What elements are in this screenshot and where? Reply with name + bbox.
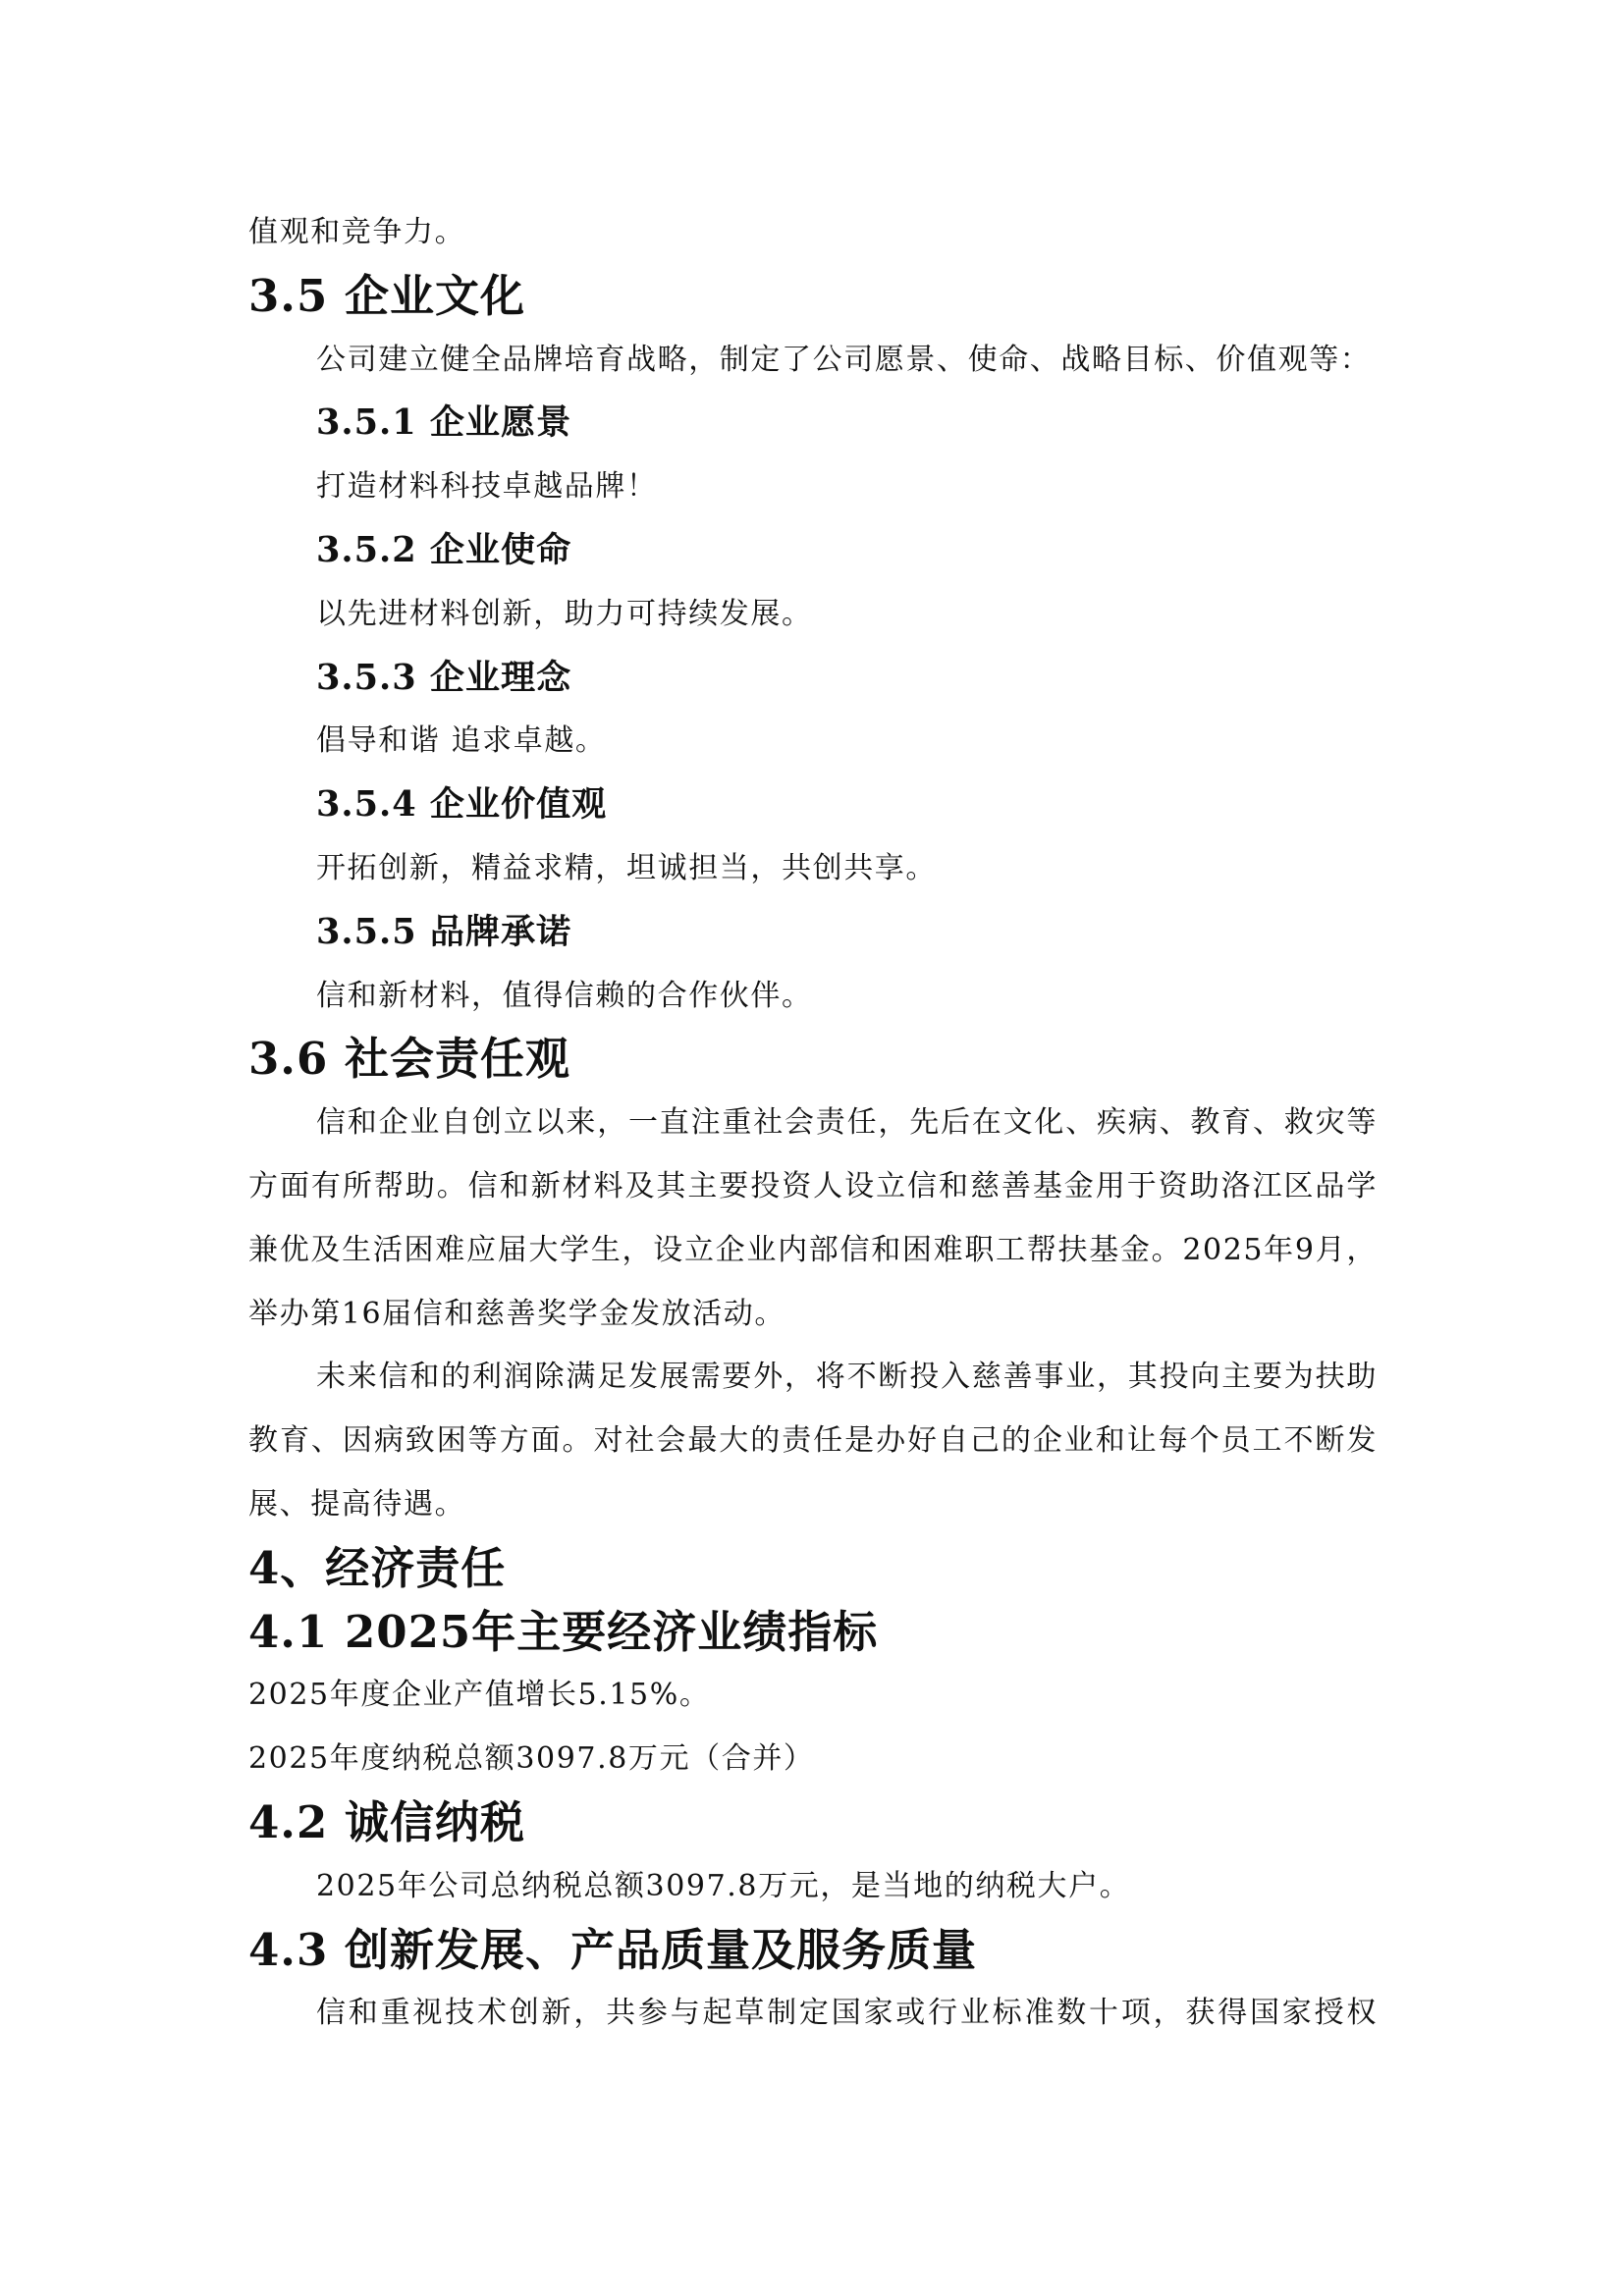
subsection-text-mission: 以先进材料创新，助力可持续发展。 <box>248 583 1378 647</box>
subsection-heading-3-5-1: 3.5.1 企业愿景 <box>248 392 1378 455</box>
paragraph-tax-honesty: 2025年公司总纳税总额3097.8万元，是当地的纳税大户。 <box>248 1855 1378 1919</box>
subsection-text-vision: 打造材料科技卓越品牌！ <box>248 455 1378 519</box>
subsection-text-philosophy: 倡导和谐 追求卓越。 <box>248 710 1378 774</box>
paragraph-social-responsibility-2: 未来信和的利润除满足发展需要外，将不断投入慈善事业，其投向主要为扶助教育、因病致… <box>248 1346 1378 1536</box>
subsection-text-values: 开拓创新，精益求精，坦诚担当，共创共享。 <box>248 837 1378 901</box>
document-page: 值观和竞争力。 3.5 企业文化 公司建立健全品牌培育战略，制定了公司愿景、使命… <box>248 201 1378 2046</box>
metric-tax-total: 2025年度纳税总额3097.8万元（合并） <box>248 1728 1378 1791</box>
paragraph-social-responsibility-1: 信和企业自创立以来，一直注重社会责任，先后在文化、疾病、教育、救灾等方面有所帮助… <box>248 1092 1378 1346</box>
paragraph-innovation: 信和重视技术创新，共参与起草制定国家或行业标准数十项，获得国家授权 <box>248 1982 1378 2046</box>
section-intro-3-5: 公司建立健全品牌培育战略，制定了公司愿景、使命、战略目标、价值观等： <box>248 329 1378 393</box>
section-heading-4-1: 4.1 2025年主要经济业绩指标 <box>248 1601 1378 1665</box>
subsection-heading-3-5-4: 3.5.4 企业价值观 <box>248 774 1378 837</box>
section-heading-4: 4、经济责任 <box>248 1537 1378 1601</box>
section-heading-3-5: 3.5 企业文化 <box>248 265 1378 329</box>
subsection-heading-3-5-5: 3.5.5 品牌承诺 <box>248 901 1378 965</box>
subsection-heading-3-5-2: 3.5.2 企业使命 <box>248 519 1378 583</box>
continuation-text: 值观和竞争力。 <box>248 201 1378 265</box>
section-heading-4-3: 4.3 创新发展、产品质量及服务质量 <box>248 1919 1378 1983</box>
metric-output-growth: 2025年度企业产值增长5.15%。 <box>248 1664 1378 1728</box>
section-heading-4-2: 4.2 诚信纳税 <box>248 1791 1378 1855</box>
subsection-heading-3-5-3: 3.5.3 企业理念 <box>248 647 1378 711</box>
subsection-text-brand-promise: 信和新材料，值得信赖的合作伙伴。 <box>248 965 1378 1029</box>
section-heading-3-6: 3.6 社会责任观 <box>248 1028 1378 1092</box>
